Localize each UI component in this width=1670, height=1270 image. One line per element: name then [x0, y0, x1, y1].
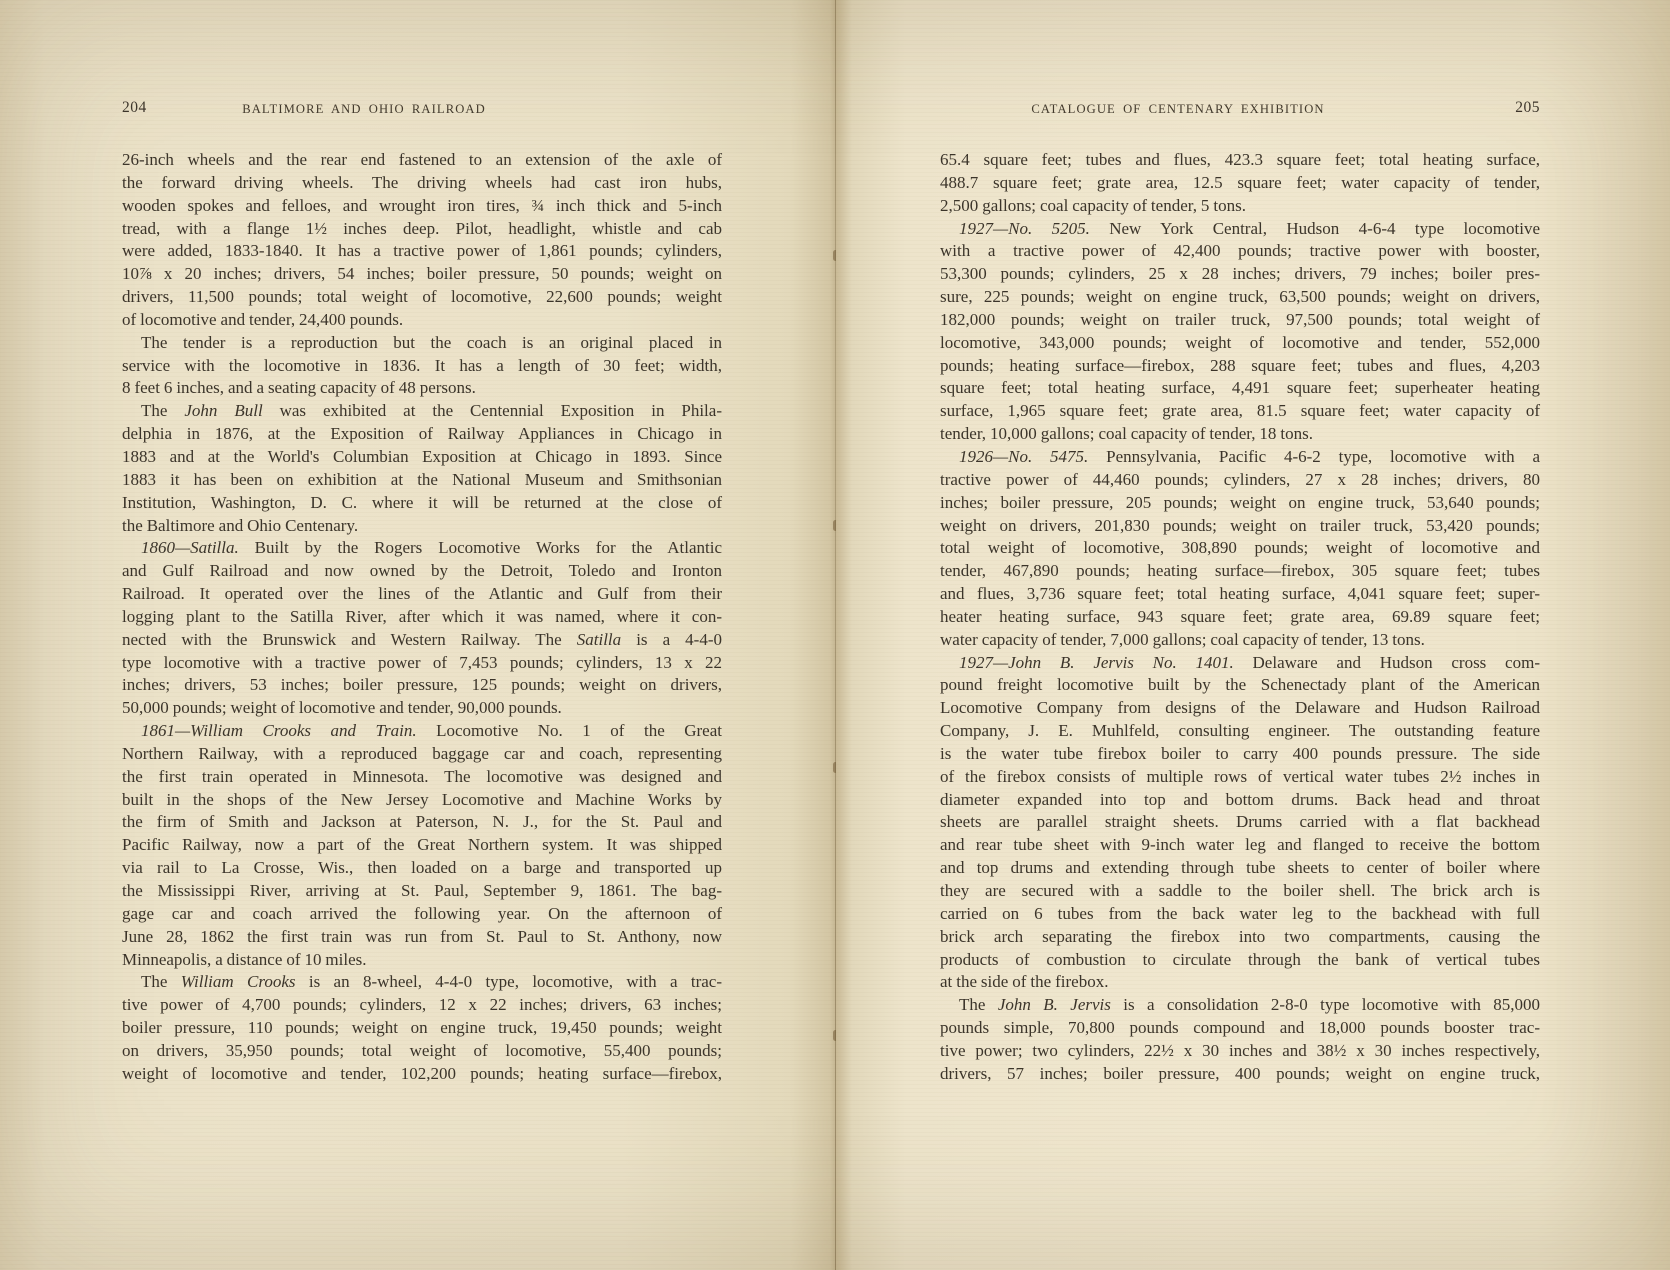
text-line: pounds; heating surface—firebox, 288 squ… — [940, 355, 1540, 378]
text-line: inches; drivers, 53 inches; boiler press… — [122, 674, 722, 697]
text-line: 65.4 square feet; tubes and flues, 423.3… — [940, 149, 1540, 172]
running-head-right: CATALOGUE OF CENTENARY EXHIBITION — [1031, 102, 1324, 117]
text-line: The William Crooks is an 8-wheel, 4-4-0 … — [122, 971, 722, 994]
text-line: with a tractive power of 42,400 pounds; … — [940, 240, 1540, 263]
left-page: 204 BALTIMORE AND OHIO RAILROAD 26-inch … — [0, 0, 836, 1270]
page-number-left: 204 — [122, 99, 147, 117]
text-line: the Mississippi River, arriving at St. P… — [122, 880, 722, 903]
text-line: were added, 1833-1840. It has a tractive… — [122, 240, 722, 263]
text-line: total weight of locomotive, 308,890 poun… — [940, 537, 1540, 560]
text-line: Railroad. It operated over the lines of … — [122, 583, 722, 606]
text-line: pounds simple, 70,800 pounds compound an… — [940, 1017, 1540, 1040]
text-line: 10⅞ x 20 inches; drivers, 54 inches; boi… — [122, 263, 722, 286]
text-line: via rail to La Crosse, Wis., then loaded… — [122, 857, 722, 880]
text-line: 182,000 pounds; weight on trailer truck,… — [940, 309, 1540, 332]
text-line: June 28, 1862 the first train was run fr… — [122, 926, 722, 949]
page-body-right: 65.4 square feet; tubes and flues, 423.3… — [940, 149, 1540, 1086]
text-line: tive power of 4,700 pounds; cylinders, 1… — [122, 994, 722, 1017]
text-line: is the water tube firebox boiler to carr… — [940, 743, 1540, 766]
text-line: 1883 and at the World's Columbian Exposi… — [122, 446, 722, 469]
right-page-header: CATALOGUE OF CENTENARY EXHIBITION 205 — [940, 0, 1540, 130]
text-line: heater heating surface, 943 square feet;… — [940, 606, 1540, 629]
right-page: CATALOGUE OF CENTENARY EXHIBITION 205 65… — [836, 0, 1670, 1270]
text-line: 1927—John B. Jervis No. 1401. Delaware a… — [940, 652, 1540, 675]
book-spread: 204 BALTIMORE AND OHIO RAILROAD 26-inch … — [0, 0, 1670, 1270]
text-line: of locomotive and tender, 24,400 pounds. — [122, 309, 722, 332]
text-line: surface, 1,965 square feet; grate area, … — [940, 400, 1540, 423]
text-line: carried on 6 tubes from the back water l… — [940, 903, 1540, 926]
text-line: weight of locomotive and tender, 102,200… — [122, 1063, 722, 1086]
text-line: 2,500 gallons; coal capacity of tender, … — [940, 195, 1540, 218]
text-line: diameter expanded into top and bottom dr… — [940, 789, 1540, 812]
text-line: and Gulf Railroad and now owned by the D… — [122, 560, 722, 583]
text-line: locomotive, 343,000 pounds; weight of lo… — [940, 332, 1540, 355]
text-line: Northern Railway, with a reproduced bagg… — [122, 743, 722, 766]
text-line: 26-inch wheels and the rear end fastened… — [122, 149, 722, 172]
text-line: the firm of Smith and Jackson at Paterso… — [122, 811, 722, 834]
text-line: and rear tube sheet with 9-inch water le… — [940, 834, 1540, 857]
left-page-column: 204 BALTIMORE AND OHIO RAILROAD 26-inch … — [122, 0, 722, 1270]
text-line: tive power; two cylinders, 22½ x 30 inch… — [940, 1040, 1540, 1063]
text-line: water capacity of tender, 7,000 gallons;… — [940, 629, 1540, 652]
page-body-left: 26-inch wheels and the rear end fastened… — [122, 149, 722, 1086]
text-line: tread, with a flange 1½ inches deep. Pil… — [122, 218, 722, 241]
text-line: tender, 10,000 gallons; coal capacity of… — [940, 423, 1540, 446]
text-line: service with the locomotive in 1836. It … — [122, 355, 722, 378]
text-line: The John Bull was exhibited at the Cente… — [122, 400, 722, 423]
text-line: 1860—Satilla. Built by the Rogers Locomo… — [122, 537, 722, 560]
text-line: products of combustion to circulate thro… — [940, 949, 1540, 972]
text-line: wooden spokes and felloes, and wrought i… — [122, 195, 722, 218]
text-line: delphia in 1876, at the Exposition of Ra… — [122, 423, 722, 446]
text-line: at the side of the firebox. — [940, 971, 1540, 994]
text-line: and flues, 3,736 square feet; total heat… — [940, 583, 1540, 606]
text-line: square feet; total heating surface, 4,49… — [940, 377, 1540, 400]
text-line: logging plant to the Satilla River, afte… — [122, 606, 722, 629]
text-line: brick arch separating the firebox into t… — [940, 926, 1540, 949]
text-line: 1861—William Crooks and Train. Locomotiv… — [122, 720, 722, 743]
text-line: drivers, 57 inches; boiler pressure, 400… — [940, 1063, 1540, 1086]
text-line: gage car and coach arrived the following… — [122, 903, 722, 926]
text-line: sure, 225 pounds; weight on engine truck… — [940, 286, 1540, 309]
text-line: tractive power of 44,460 pounds; cylinde… — [940, 469, 1540, 492]
text-line: 1926—No. 5475. Pennsylvania, Pacific 4-6… — [940, 446, 1540, 469]
text-line: The tender is a reproduction but the coa… — [122, 332, 722, 355]
text-line: 488.7 square feet; grate area, 12.5 squa… — [940, 172, 1540, 195]
left-page-header: 204 BALTIMORE AND OHIO RAILROAD — [122, 0, 722, 130]
text-line: Pacific Railway, now a part of the Great… — [122, 834, 722, 857]
text-line: 53,300 pounds; cylinders, 25 x 28 inches… — [940, 263, 1540, 286]
text-line: boiler pressure, 110 pounds; weight on e… — [122, 1017, 722, 1040]
text-line: type locomotive with a tractive power of… — [122, 652, 722, 675]
text-line: tender, 467,890 pounds; heating surface—… — [940, 560, 1540, 583]
text-line: of the firebox consists of multiple rows… — [940, 766, 1540, 789]
text-line: weight on drivers, 201,830 pounds; weigh… — [940, 515, 1540, 538]
text-line: Company, J. E. Muhlfeld, consulting engi… — [940, 720, 1540, 743]
text-line: drivers, 11,500 pounds; total weight of … — [122, 286, 722, 309]
text-line: Minneapolis, a distance of 10 miles. — [122, 949, 722, 972]
text-line: inches; boiler pressure, 205 pounds; wei… — [940, 492, 1540, 515]
right-page-column: CATALOGUE OF CENTENARY EXHIBITION 205 65… — [940, 0, 1540, 1270]
text-line: nected with the Brunswick and Western Ra… — [122, 629, 722, 652]
text-line: Locomotive Company from designs of the D… — [940, 697, 1540, 720]
text-line: the first train operated in Minnesota. T… — [122, 766, 722, 789]
text-line: built in the shops of the New Jersey Loc… — [122, 789, 722, 812]
page-number-right: 205 — [1515, 99, 1540, 117]
text-line: 8 feet 6 inches, and a seating capacity … — [122, 377, 722, 400]
text-line: and top drums and extending through tube… — [940, 857, 1540, 880]
text-line: 1927—No. 5205. New York Central, Hudson … — [940, 218, 1540, 241]
text-line: they are secured with a saddle to the bo… — [940, 880, 1540, 903]
text-line: the Baltimore and Ohio Centenary. — [122, 515, 722, 538]
text-line: 1883 it has been on exhibition at the Na… — [122, 469, 722, 492]
text-line: The John B. Jervis is a consolidation 2-… — [940, 994, 1540, 1017]
text-line: on drivers, 35,950 pounds; total weight … — [122, 1040, 722, 1063]
text-line: pound freight locomotive built by the Sc… — [940, 674, 1540, 697]
text-line: Institution, Washington, D. C. where it … — [122, 492, 722, 515]
text-line: sheets are parallel straight sheets. Dru… — [940, 811, 1540, 834]
text-line: 50,000 pounds; weight of locomotive and … — [122, 697, 722, 720]
running-head-left: BALTIMORE AND OHIO RAILROAD — [242, 102, 486, 117]
text-line: the forward driving wheels. The driving … — [122, 172, 722, 195]
